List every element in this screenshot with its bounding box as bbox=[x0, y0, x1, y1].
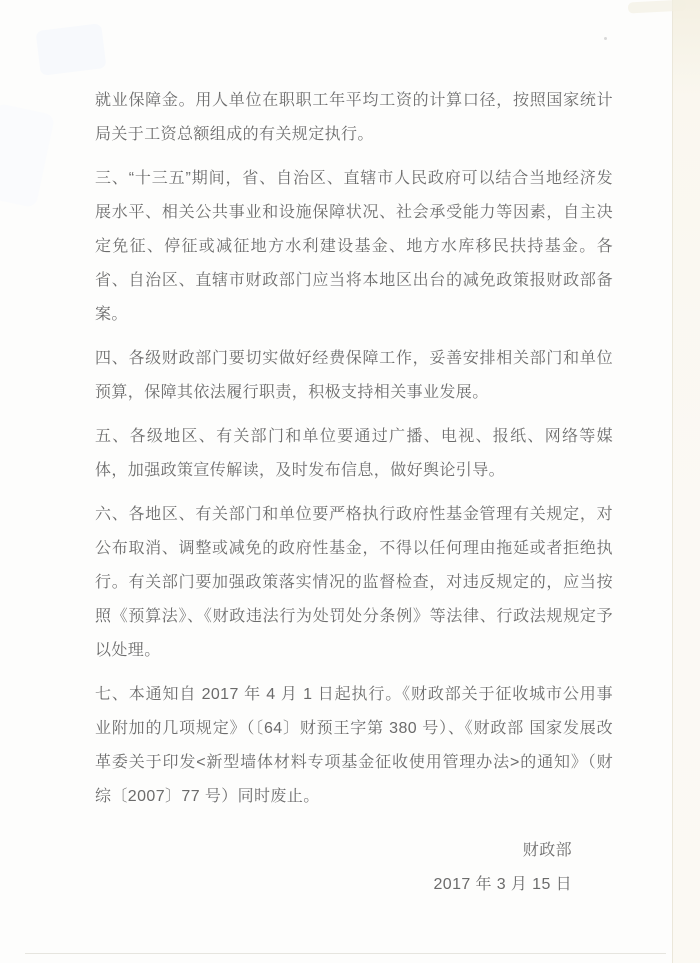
scanned-document-page: 就业保障金。用人单位在职职工年平均工资的计算口径，按照国家统计局关于工资总额组成… bbox=[0, 0, 700, 963]
scan-smudge-artifact bbox=[0, 103, 55, 208]
body-paragraph-item-6: 六、各地区、有关部门和单位要严格执行政府性基金管理有关规定，对公布取消、调整或减… bbox=[95, 498, 613, 668]
scan-bottom-edge-line bbox=[25, 953, 666, 954]
scan-smudge-artifact bbox=[36, 23, 107, 76]
signature-organization: 财政部 bbox=[95, 834, 572, 868]
scan-speck-artifact bbox=[604, 37, 607, 40]
document-body: 就业保障金。用人单位在职职工年平均工资的计算口径，按照国家统计局关于工资总额组成… bbox=[95, 84, 613, 902]
body-paragraph-continuation: 就业保障金。用人单位在职职工年平均工资的计算口径，按照国家统计局关于工资总额组成… bbox=[95, 84, 613, 152]
scan-paper-edge bbox=[672, 0, 700, 963]
body-paragraph-item-7: 七、本通知自 2017 年 4 月 1 日起执行。《财政部关于征收城市公用事业附… bbox=[95, 678, 613, 814]
body-paragraph-item-3: 三、“十三五”期间，省、自治区、直辖市人民政府可以结合当地经济发展水平、相关公共… bbox=[95, 162, 613, 332]
signature-date: 2017 年 3 月 15 日 bbox=[95, 868, 572, 902]
signature-block: 财政部 2017 年 3 月 15 日 bbox=[95, 834, 613, 902]
body-paragraph-item-5: 五、各级地区、有关部门和单位要通过广播、电视、报纸、网络等媒体，加强政策宣传解读… bbox=[95, 420, 613, 488]
body-paragraph-item-4: 四、各级财政部门要切实做好经费保障工作，妥善安排相关部门和单位预算，保障其依法履… bbox=[95, 342, 613, 410]
